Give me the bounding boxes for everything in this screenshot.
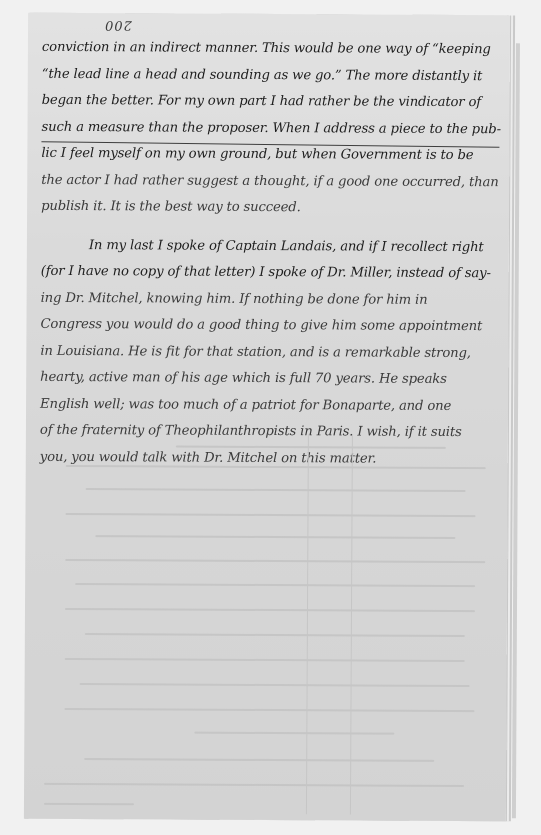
bleed-through-mark (44, 803, 134, 805)
text-line: hearty, active man of his age which is f… (40, 365, 500, 394)
bleed-through-mark (95, 535, 455, 539)
text-line: such a measure than the proposer. When I… (41, 114, 501, 143)
bleed-through-mark (194, 732, 394, 735)
text-line: ing Dr. Mitchel, knowing him. If nothing… (41, 285, 501, 314)
text-line: began the better. For my own part I had … (42, 88, 502, 117)
bleed-through-mark (65, 658, 465, 662)
handwritten-text: conviction in an indirect manner. This w… (40, 35, 502, 473)
bleed-through-mark (65, 559, 485, 563)
text-line: lic I feel myself on my own ground, but … (41, 141, 501, 170)
page-edge (512, 43, 520, 818)
bleed-through-mark (80, 683, 470, 687)
text-line: Congress you would do a good thing to gi… (40, 312, 500, 341)
bleed-through-mark (85, 633, 465, 637)
page-number: 200 (104, 17, 132, 32)
bleed-through-mark (65, 513, 475, 517)
bleed-through-mark (65, 608, 475, 612)
text-line: “the lead line a head and sounding as we… (42, 61, 502, 90)
bleed-through-mark (86, 488, 466, 492)
manuscript-page: 200 conviction in an indirect manner. Th… (24, 13, 510, 822)
bleed-through-mark (64, 708, 474, 712)
bleed-through-mark (44, 783, 464, 787)
bleed-through-mark (75, 583, 475, 587)
text-line: (for I have no copy of that letter) I sp… (41, 259, 501, 288)
text-line: English well; was too much of a patriot … (40, 391, 500, 420)
text-line: publish it. It is the best way to succee… (41, 194, 501, 223)
paragraph-start-line: In my last I spoke of Captain Landais, a… (41, 232, 501, 261)
bleed-through-mark (84, 758, 434, 762)
text-line: in Louisiana. He is fit for that station… (40, 338, 500, 367)
text-line: of the fraternity of Theophilanthropists… (40, 418, 500, 447)
text-line: the actor I had rather suggest a thought… (41, 167, 501, 196)
text-line: conviction in an indirect manner. This w… (42, 35, 502, 64)
